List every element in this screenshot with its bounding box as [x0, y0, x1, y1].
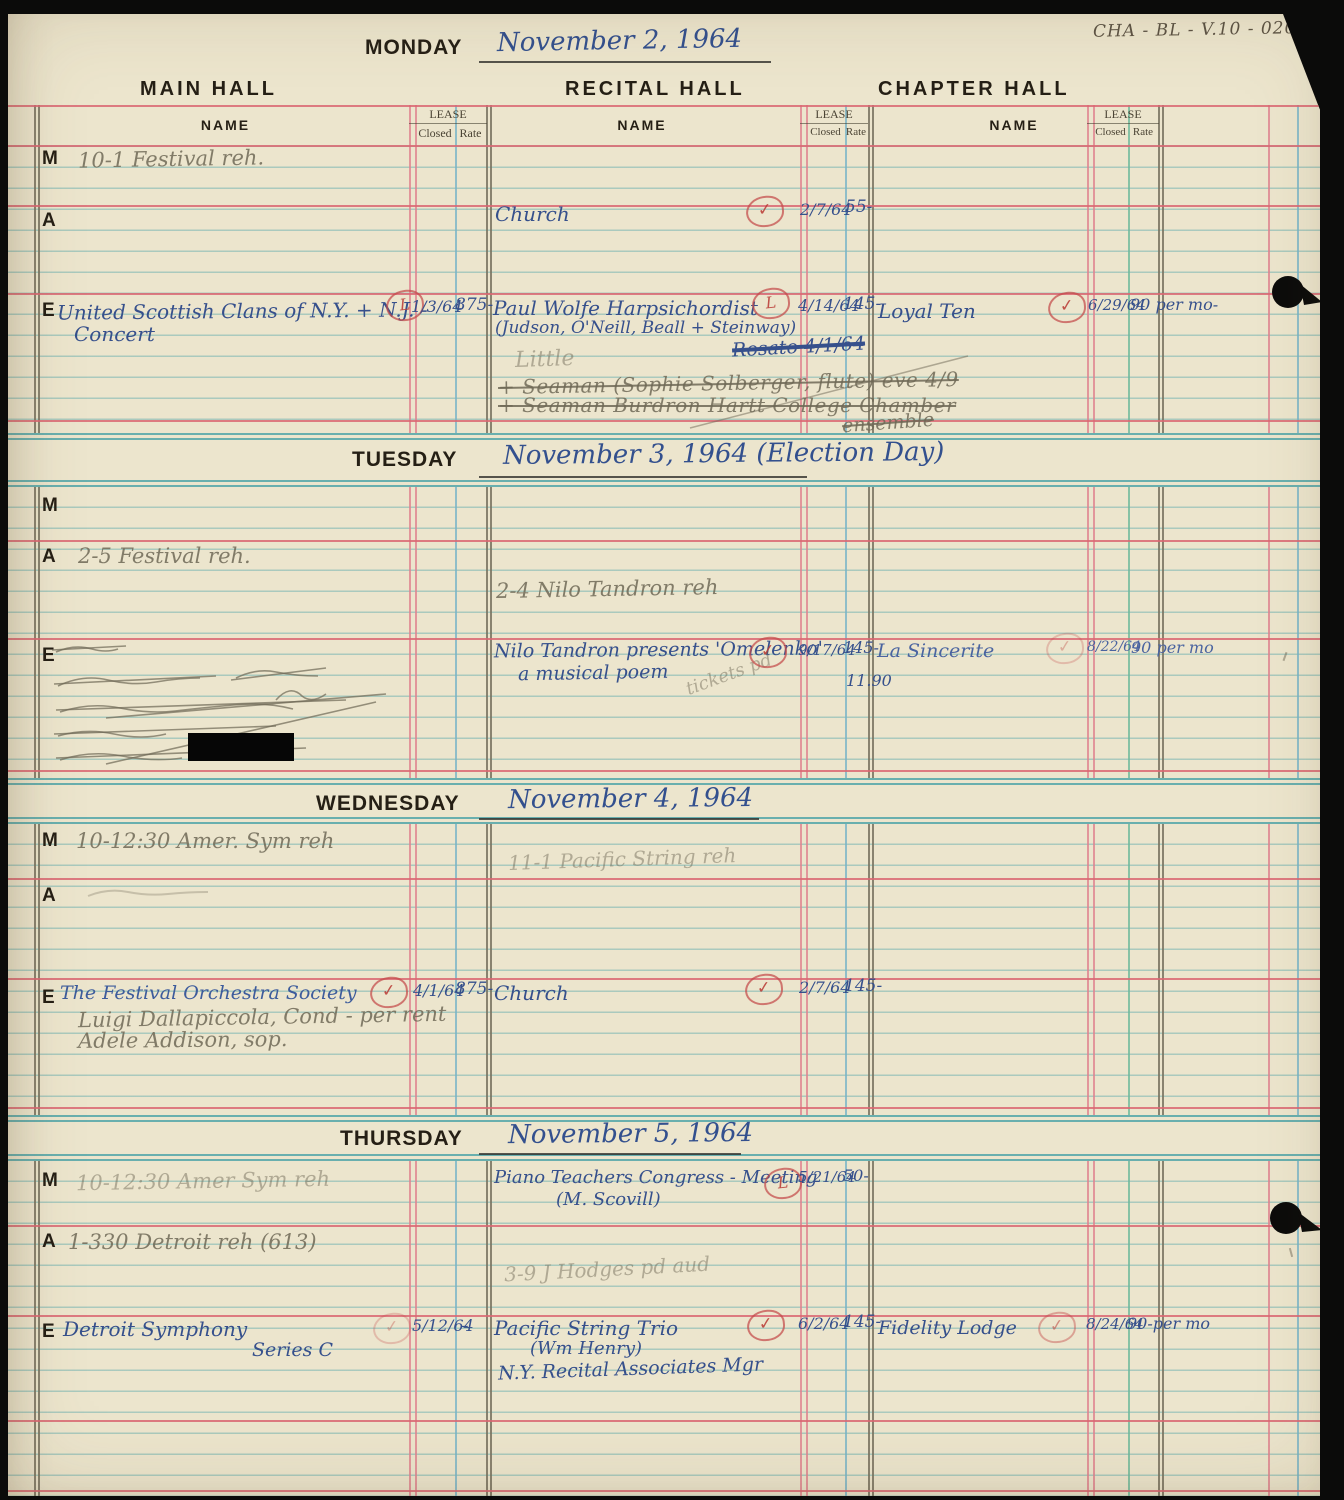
row-boundary-line	[8, 770, 1320, 772]
entry-thu-main-afternoon: 1-330 Detroit reh (613)	[68, 1230, 317, 1254]
column-rule	[38, 105, 40, 433]
column-rule	[1297, 105, 1299, 433]
date-monday: November 2, 1964	[497, 24, 743, 58]
lease-rate: 875-	[455, 979, 493, 999]
date-underline-monday	[479, 61, 771, 63]
hall-title-main: MAIN HALL	[140, 78, 277, 101]
column-rule	[845, 824, 847, 1115]
entry-mon-main-evening: United Scottish Clans of N.Y. + N.J. -	[57, 297, 428, 324]
column-rule	[1128, 105, 1130, 433]
column-rule	[409, 105, 411, 433]
lease-rate: –	[460, 1316, 469, 1336]
punch-hole-bottom	[1266, 1198, 1322, 1244]
lease-rate: 90-per mo	[1127, 1314, 1210, 1333]
lease-rate: 90 per mo	[1131, 638, 1214, 657]
main-name-header: NAME	[58, 117, 393, 133]
column-rule	[1158, 105, 1160, 433]
column-rule	[490, 105, 492, 433]
column-rule	[1093, 487, 1095, 778]
column-rule	[806, 824, 808, 1115]
column-rule	[872, 824, 874, 1115]
column-rule	[415, 105, 417, 433]
column-rule	[845, 487, 847, 778]
column-rule	[38, 1161, 40, 1497]
row-label-evening: E	[42, 1321, 55, 1343]
row-label-morning: M	[42, 1170, 58, 1192]
column-rule	[1268, 105, 1270, 433]
lease-rate: 875-	[455, 295, 493, 315]
lease-rate: 145-	[844, 976, 882, 996]
day-label-tuesday: TUESDAY	[352, 448, 457, 472]
row-boundary-line	[8, 205, 1320, 207]
entry-tue-main-afternoon: 2-5 Festival reh.	[78, 544, 251, 568]
hall-title-chapter: CHAPTER HALL	[878, 78, 1070, 101]
entry-thu-recital-evening: Pacific String Trio	[494, 1316, 678, 1340]
lease-rate: 90 per mo-	[1130, 295, 1218, 314]
row-label-afternoon: A	[42, 210, 56, 232]
row-boundary-line	[8, 1420, 1320, 1422]
entry-mon-recital-evening-line2: (Judson, O'Neill, Beall + Steinway)	[495, 318, 796, 338]
punch-hole-top	[1268, 272, 1322, 318]
column-rule	[455, 487, 457, 778]
column-rule	[800, 824, 802, 1115]
column-rule	[1297, 487, 1299, 778]
row-label-morning: M	[42, 148, 58, 170]
chapter-lease-divider	[1087, 123, 1159, 124]
lease-rate: 55-	[845, 197, 872, 217]
entry-tue-chapter-evening: La Sincerite	[877, 640, 994, 662]
entry-thu-recital-evening-line2: (Wm Henry)	[530, 1338, 642, 1359]
row-label-evening: E	[42, 300, 55, 322]
column-rule	[490, 487, 492, 778]
entry-wed-main-evening-line3: Adele Addison, sop.	[78, 1027, 288, 1053]
row-boundary-line	[8, 1490, 1320, 1492]
entry-wed-main-evening: The Festival Orchestra Society	[60, 982, 357, 1004]
row-label-evening: E	[42, 987, 55, 1009]
lease-closed-date: 6/2/64	[798, 1314, 850, 1333]
row-label-morning: M	[42, 495, 58, 517]
column-rule	[1128, 824, 1130, 1115]
hall-title-recital: RECITAL HALL	[565, 78, 745, 101]
column-rule	[1162, 824, 1164, 1115]
column-rule	[486, 1161, 488, 1497]
amount-paid: 11.90	[846, 671, 892, 690]
date-underline-tuesday	[479, 476, 807, 478]
column-rule	[34, 824, 36, 1115]
column-rule	[1297, 824, 1299, 1115]
column-rule	[34, 105, 36, 433]
entry-thu-main-evening: Detroit Symphony	[63, 1317, 247, 1341]
column-rule	[868, 487, 870, 778]
column-rule	[1087, 487, 1089, 778]
entry-mon-recital-evening: Paul Wolfe Harpsichordist	[493, 296, 758, 320]
date-thursday: November 5, 1964	[508, 1118, 753, 1150]
chapter-closed-header: Closed	[1093, 126, 1128, 138]
entry-mon-recital-afternoon: Church	[495, 202, 570, 226]
entry-tue-recital-evening-line2: a musical poem	[518, 661, 669, 686]
stray-pencil-line	[688, 348, 973, 433]
recital-closed-header: Closed	[806, 126, 845, 138]
column-rule	[800, 487, 802, 778]
recital-lease-header: LEASE	[800, 107, 868, 122]
row-label-afternoon: A	[42, 546, 56, 568]
faint-pencil-entry: Little	[515, 346, 575, 373]
entry-tue-recital-rehearsal: 2-4 Nilo Tandron reh	[496, 575, 719, 603]
column-rule	[38, 824, 40, 1115]
chapter-lease-header: LEASE	[1087, 107, 1159, 122]
main-lease-header: LEASE	[409, 107, 487, 122]
row-boundary-line	[8, 1225, 1320, 1227]
scanned-ledger-page: CHA - BL - V.10 - 020 MONDAY November 2,…	[0, 0, 1344, 1500]
column-rule	[868, 824, 870, 1115]
entry-thu-main-evening-line2: Series C	[252, 1339, 333, 1361]
column-rule	[1093, 105, 1095, 433]
column-rule	[486, 824, 488, 1115]
day-label-monday: MONDAY	[365, 36, 462, 60]
row-label-afternoon: A	[42, 1231, 56, 1253]
entry-thu-main-morning: 10-12:30 Amer Sym reh	[76, 1167, 330, 1195]
recital-lease-divider	[800, 123, 868, 124]
lease-closed-date: 2/7/64	[799, 978, 851, 997]
lease-rate: 50-	[843, 1166, 869, 1185]
entry-mon-main-morning: 10-1 Festival reh.	[78, 145, 264, 172]
date-wednesday: November 4, 1964	[508, 783, 753, 815]
entry-mon-main-evening-line2: Concert	[74, 322, 155, 346]
main-closed-header: Closed	[415, 126, 455, 141]
day-label-wednesday: WEDNESDAY	[316, 792, 460, 816]
column-rule	[486, 487, 488, 778]
column-rule	[490, 824, 492, 1115]
lease-rate: 145-	[843, 294, 881, 314]
row-label-morning: M	[42, 830, 58, 852]
date-underline-wednesday	[479, 818, 759, 820]
entry-thu-recital-morning-line2: (M. Scovill)	[556, 1189, 661, 1210]
column-rule	[1128, 487, 1130, 778]
main-rate-header: Rate	[455, 126, 486, 141]
lease-closed-date: 2/7/64	[800, 200, 852, 219]
recital-rate-header: Rate	[843, 126, 869, 138]
lease-rate: 145-	[843, 638, 879, 657]
column-rule	[1087, 824, 1089, 1115]
row-boundary-line	[8, 1107, 1320, 1109]
column-rule	[415, 824, 417, 1115]
ledger-paper: CHA - BL - V.10 - 020 MONDAY November 2,…	[0, 0, 1344, 1500]
row-boundary-line	[8, 978, 1320, 980]
column-rule	[872, 487, 874, 778]
row-boundary-line	[8, 878, 1320, 880]
main-lease-divider	[409, 123, 487, 124]
entry-wed-recital-evening: Church	[494, 981, 569, 1005]
column-rule	[1268, 824, 1270, 1115]
column-rule	[1158, 487, 1160, 778]
recital-name-header: NAME	[492, 117, 792, 133]
day-label-thursday: THURSDAY	[340, 1127, 463, 1151]
redaction-box	[188, 733, 294, 761]
column-rule	[486, 105, 488, 433]
row-boundary-line	[8, 540, 1320, 542]
lease-rate: 145-	[843, 1312, 881, 1332]
row-boundary-line	[8, 420, 1320, 422]
column-rule	[1162, 105, 1164, 433]
entry-wed-main-morning: 10-12:30 Amer. Sym reh	[76, 829, 334, 853]
column-rule	[1093, 824, 1095, 1115]
erased-smudge	[84, 884, 234, 904]
entry-mon-chapter-evening: Loyal Ten	[878, 299, 976, 323]
column-rule	[1162, 487, 1164, 778]
row-boundary-line	[8, 293, 1320, 295]
row-label-afternoon: A	[42, 885, 56, 907]
chapter-rate-header: Rate	[1128, 126, 1158, 138]
column-rule	[455, 105, 457, 433]
column-rule	[38, 487, 40, 778]
column-rule	[1158, 824, 1160, 1115]
archive-reference: CHA - BL - V.10 - 020	[1093, 18, 1297, 42]
column-rule	[34, 487, 36, 778]
column-rule	[1087, 105, 1089, 433]
column-rule	[490, 1161, 492, 1497]
entry-thu-chapter-evening: Fidelity Lodge	[878, 1317, 1017, 1339]
column-rule	[455, 824, 457, 1115]
column-rule	[1268, 487, 1270, 778]
column-rule	[34, 1161, 36, 1497]
column-rule	[409, 824, 411, 1115]
date-underline-thursday	[479, 1153, 741, 1155]
column-rule	[806, 487, 808, 778]
date-tuesday: November 3, 1964 (Election Day)	[503, 437, 945, 471]
